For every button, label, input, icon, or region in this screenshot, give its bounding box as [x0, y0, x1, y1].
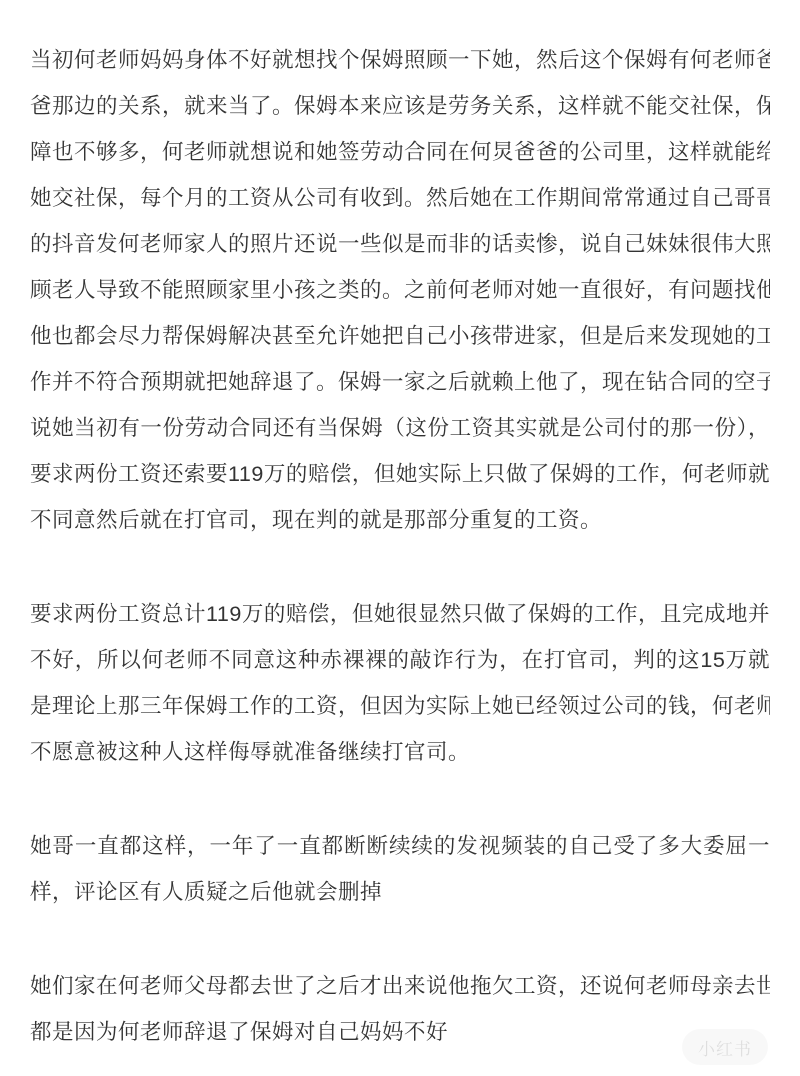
paragraph: 当初何老师妈妈身体不好就想找个保姆照顾一下她，然后这个保姆有何老师爸爸那边的关系… [30, 37, 770, 543]
post-text-body: 当初何老师妈妈身体不好就想找个保姆照顾一下她，然后这个保姆有何老师爸爸那边的关系… [0, 0, 800, 1055]
text-line: 要求两份工资还索要119万的赔偿，但她实际上只做了保姆的工作，何老师就 [30, 451, 770, 497]
text-line: 作并不符合预期就把她辞退了。保姆一家之后就赖上他了，现在钻合同的空子 [30, 359, 770, 405]
text-line: 他也都会尽力帮保姆解决甚至允许她把自己小孩带进家，但是后来发现她的工 [30, 313, 770, 359]
text-line: 的抖音发何老师家人的照片还说一些似是而非的话卖惨，说自己妹妹很伟大照 [30, 221, 770, 267]
text-line: 样，评论区有人质疑之后他就会删掉 [30, 869, 770, 915]
text-line: 障也不够多，何老师就想说和她签劳动合同在何炅爸爸的公司里，这样就能给 [30, 129, 770, 175]
text-line: 不好，所以何老师不同意这种赤裸裸的敲诈行为，在打官司，判的这15万就 [30, 637, 770, 683]
text-line: 不愿意被这种人这样侮辱就准备继续打官司。 [30, 729, 770, 775]
text-line: 顾老人导致不能照顾家里小孩之类的。之前何老师对她一直很好，有问题找他 [30, 267, 770, 313]
paragraph: 她哥一直都这样，一年了一直都断断续续的发视频装的自己受了多大委屈一样，评论区有人… [30, 823, 770, 915]
text-line: 是理论上那三年保姆工作的工资，但因为实际上她已经领过公司的钱，何老师 [30, 683, 770, 729]
xiaohongshu-watermark: 小红书 [682, 1029, 768, 1065]
text-line: 她们家在何老师父母都去世了之后才出来说他拖欠工资，还说何老师母亲去世 [30, 963, 770, 1009]
paragraph: 要求两份工资总计119万的赔偿，但她很显然只做了保姆的工作，且完成地并不好，所以… [30, 591, 770, 775]
text-line: 要求两份工资总计119万的赔偿，但她很显然只做了保姆的工作，且完成地并 [30, 591, 770, 637]
text-line: 她交社保，每个月的工资从公司有收到。然后她在工作期间常常通过自己哥哥 [30, 175, 770, 221]
text-line: 她哥一直都这样，一年了一直都断断续续的发视频装的自己受了多大委屈一 [30, 823, 770, 869]
text-line: 说她当初有一份劳动合同还有当保姆（这份工资其实就是公司付的那一份）， [30, 405, 770, 451]
text-line: 爸那边的关系，就来当了。保姆本来应该是劳务关系，这样就不能交社保，保 [30, 83, 770, 129]
xiaohongshu-watermark-label: 小红书 [698, 1035, 752, 1060]
text-line: 都是因为何老师辞退了保姆对自己妈妈不好 [30, 1009, 770, 1055]
text-line: 当初何老师妈妈身体不好就想找个保姆照顾一下她，然后这个保姆有何老师爸 [30, 37, 770, 83]
text-line: 不同意然后就在打官司，现在判的就是那部分重复的工资。 [30, 497, 770, 543]
paragraph: 她们家在何老师父母都去世了之后才出来说他拖欠工资，还说何老师母亲去世都是因为何老… [30, 963, 770, 1055]
